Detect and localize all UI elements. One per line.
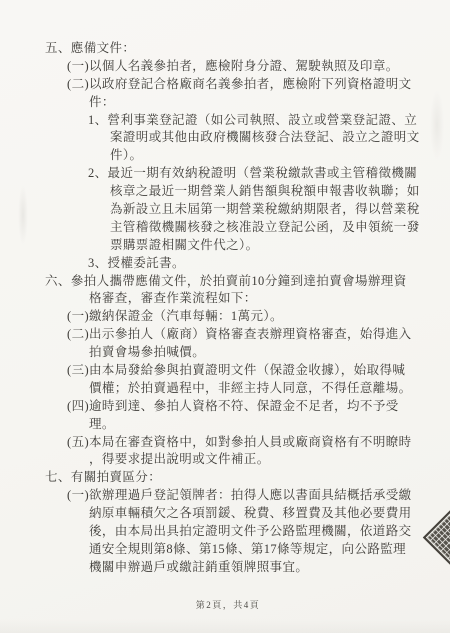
text-line: 機關申辦過戶或繳註銷重領牌照事宜。 [0,559,450,577]
text-line: 件）。 [0,147,450,165]
text-line: (四)逾時到達、參拍人資格不符、保證金不足者，均不予受 [0,398,450,416]
text-line: (二)以政府登記合格廠商名義參拍者，應檢附下列資格證明文 [0,76,450,94]
text-line: 七、有關拍賣區分： [0,469,450,487]
document-body: 五、應備文件： (一)以個人名義參拍者，應檢附身分證、駕駛執照及印章。 (二)以… [0,40,450,577]
page-footer: 第2頁，共4頁 [0,598,450,611]
text-line: ，得要求提出說明或文件補正。 [0,451,450,469]
text-line: 為新設立且未屆第一期營業稅繳納期限者，得以營業稅 [0,201,450,219]
text-line: 納原車輛積欠之各項罰鍰、稅費、移置費及其他必要費用 [0,505,450,523]
text-line: (二)出示參拍人（廠商）資格審查表辦理資格審查，始得進入 [0,326,450,344]
text-line: 件： [0,94,450,112]
text-line: 2、最近一期有效納稅證明（營業稅繳款書或主管稽徵機關 [0,165,450,183]
text-line: 3、授權委託書。 [0,255,450,273]
text-line: 案證明或其他由政府機關核發合法登記、設立之證明文 [0,129,450,147]
scan-shadow [0,619,450,633]
text-line: 五、應備文件： [0,40,450,58]
text-line: 核章之最近一期營業人銷售額與稅額申報書收執聯；如 [0,183,450,201]
text-line: 通安全規則第8條、第15條、第17條等規定，向公路監理 [0,541,450,559]
text-line: 1、營利事業登記證（如公司執照、設立或營業登記證、立 [0,112,450,130]
text-line: 票購票證相關文件代之）。 [0,237,450,255]
text-line: (五)本局在審查資格中，如對參拍人員或廠商資格有不明瞭時 [0,434,450,452]
text-line: 拍賣會場參拍喊價。 [0,344,450,362]
text-line: 理。 [0,416,450,434]
text-line: 價權；於拍賣過程中，非經主持人同意，不得任意離場。 [0,380,450,398]
document-page: 五、應備文件： (一)以個人名義參拍者，應檢附身分證、駕駛執照及印章。 (二)以… [0,0,450,633]
text-line: (三)由本局發給參與拍賣證明文件（保證金收據），始取得喊 [0,362,450,380]
text-line: 後，由本局出具拍定證明文件予公路監理機關，依道路交 [0,523,450,541]
text-line: (一)欲辦理過戶登記領牌者：拍得人應以書面具結概括承受繳 [0,487,450,505]
text-line: (一)以個人名義參拍者，應檢附身分證、駕駛執照及印章。 [0,58,450,76]
text-line: 主管稽徵機關核發之核准設立登記公函，及申領統一發 [0,219,450,237]
text-line: 六、參拍人攜帶應備文件，於拍賣前10分鐘到達拍賣會場辦理資 [0,273,450,291]
text-line: (一)繳納保證金（汽車每輛：1萬元）。 [0,308,450,326]
text-line: 格審查，審查作業流程如下： [0,290,450,308]
